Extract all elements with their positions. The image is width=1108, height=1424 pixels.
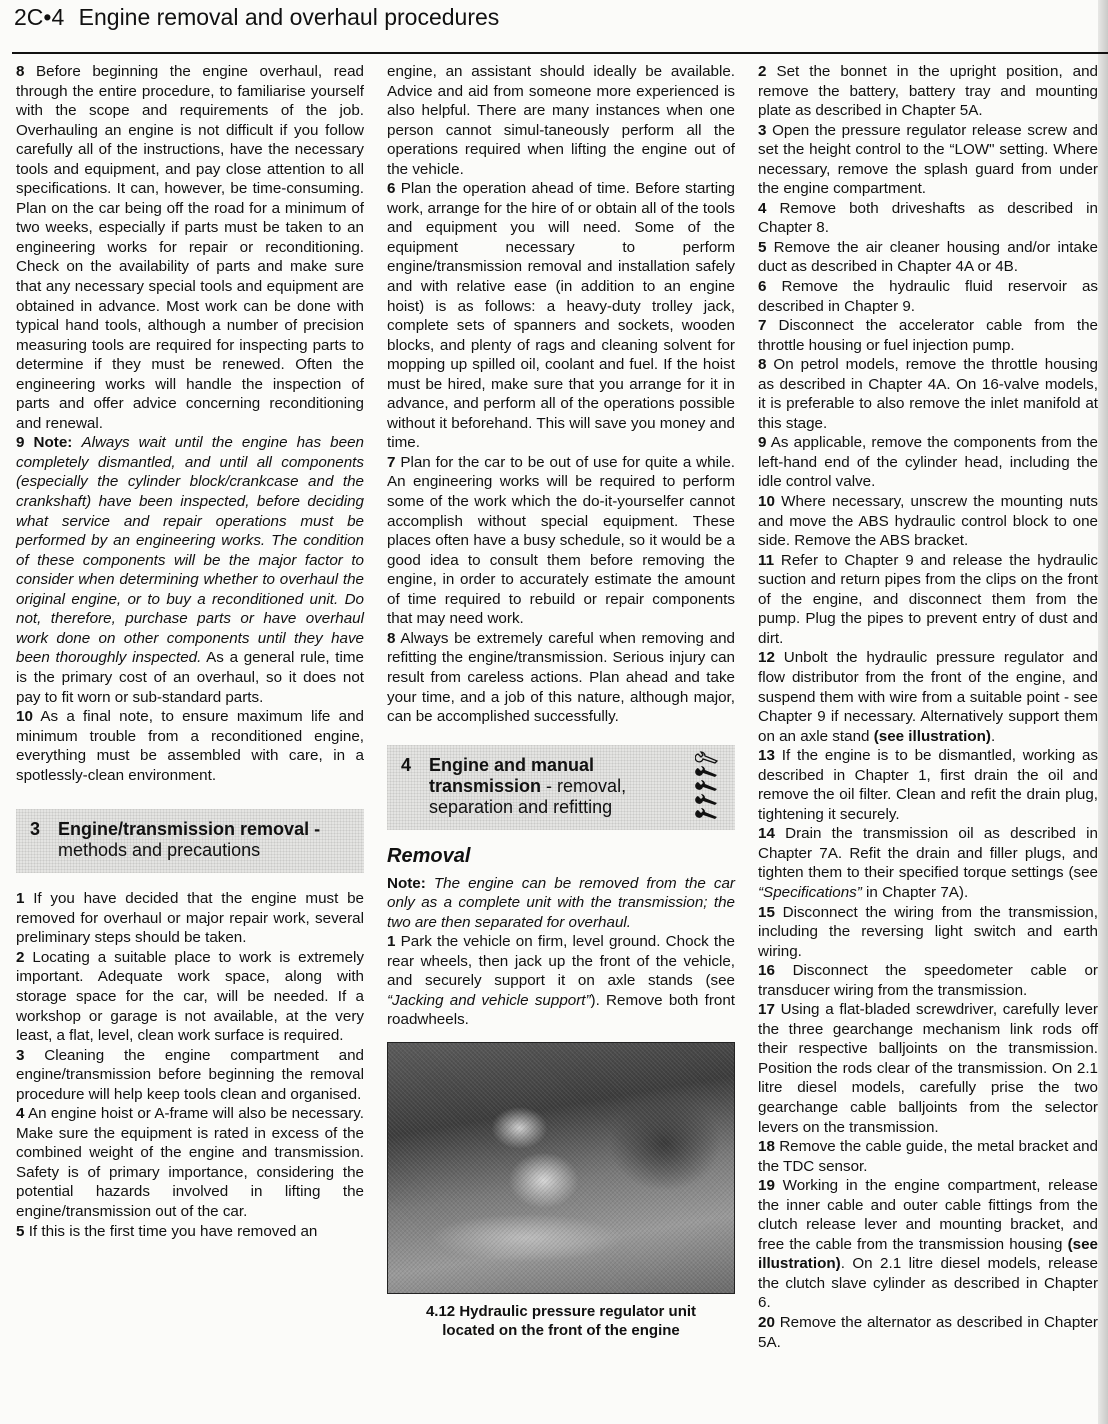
removal-step: 3 Open the pressure regulator release sc… <box>758 121 1098 199</box>
removal-step: 10 Where necessary, unscrew the mounting… <box>758 492 1098 551</box>
paragraph-5-continued: engine, an assistant should ideally be a… <box>387 62 735 179</box>
page-code: 2C•4 <box>14 4 64 30</box>
removal-step: 1 Park the vehicle on firm, level ground… <box>387 932 735 1030</box>
section-3-item: 3 Cleaning the engine compartment and en… <box>16 1046 364 1105</box>
removal-step: 13 If the engine is to be dismantled, wo… <box>758 746 1098 824</box>
section-3-item: 1 If you have decided that the engine mu… <box>16 889 364 948</box>
removal-note: Note: The engine can be removed from the… <box>387 874 735 933</box>
section-3-item: 6 Plan the operation ahead of time. Befo… <box>387 179 735 453</box>
removal-step: 7 Disconnect the accelerator cable from … <box>758 316 1098 355</box>
spanner-icon <box>695 765 721 779</box>
header-rule <box>12 52 1108 54</box>
paragraph-10: 10 As a final note, to ensure maximum li… <box>16 707 364 785</box>
removal-step: 12 Unbolt the hydraulic pressure regulat… <box>758 648 1098 746</box>
page-header: 2C•4 Engine removal and overhaul procedu… <box>14 2 499 42</box>
removal-step: 19 Working in the engine compartment, re… <box>758 1176 1098 1313</box>
spanner-outline-icon <box>695 751 721 765</box>
section-3-item: 2 Locating a suitable place to work is e… <box>16 948 364 1046</box>
removal-step: 2 Set the bonnet in the upright position… <box>758 62 1098 121</box>
column-3: 2 Set the bonnet in the upright position… <box>758 62 1098 1352</box>
paragraph-8: 8 Before beginning the engine overhaul, … <box>16 62 364 433</box>
section-3-item: 7 Plan for the car to be out of use for … <box>387 453 735 629</box>
spanner-icon <box>695 779 721 793</box>
page-edge <box>1098 0 1108 1424</box>
spanner-icon <box>695 793 721 807</box>
difficulty-rating <box>695 751 721 821</box>
removal-step: 6 Remove the hydraulic fluid reservoir a… <box>758 277 1098 316</box>
removal-step: 4 Remove both driveshafts as described i… <box>758 199 1098 238</box>
spanner-icon <box>695 807 721 821</box>
page-title: Engine removal and overhaul procedures <box>79 4 500 30</box>
removal-step: 18 Remove the cable guide, the metal bra… <box>758 1137 1098 1176</box>
section-3-item: 4 An engine hoist or A-frame will also b… <box>16 1104 364 1221</box>
section-title: Engine/transmission removal - <box>58 819 320 840</box>
photo-hydraulic-regulator <box>387 1042 735 1294</box>
removal-step: 11 Refer to Chapter 9 and release the hy… <box>758 551 1098 649</box>
removal-step: 15 Disconnect the wiring from the transm… <box>758 903 1098 962</box>
section-3-item: 5 If this is the first time you have rem… <box>16 1222 364 1242</box>
section-number: 4 <box>401 755 429 776</box>
removal-step: 20 Remove the alternator as described in… <box>758 1313 1098 1352</box>
removal-step: 9 As applicable, remove the components f… <box>758 433 1098 492</box>
section-3-heading: 3 Engine/transmission removal - methods … <box>16 809 364 873</box>
section-4-heading: 4 Engine and manual transmission - remov… <box>387 745 735 830</box>
column-2: engine, an assistant should ideally be a… <box>387 62 735 1340</box>
figure-caption: 4.12 Hydraulic pressure regulator unit l… <box>387 1302 735 1340</box>
removal-step: 8 On petrol models, remove the throttle … <box>758 355 1098 433</box>
illustration-reference: (see illustration) <box>874 728 991 745</box>
removal-step: 16 Disconnect the speedometer cable or t… <box>758 961 1098 1000</box>
figure-4-12: 4.12 Hydraulic pressure regulator unit l… <box>387 1042 735 1340</box>
section-number: 3 <box>30 819 58 840</box>
removal-step: 14 Drain the transmission oil as describ… <box>758 824 1098 902</box>
removal-step: 5 Remove the air cleaner housing and/or … <box>758 238 1098 277</box>
removal-step: 17 Using a flat-bladed screwdriver, care… <box>758 1000 1098 1137</box>
column-1: 8 Before beginning the engine overhaul, … <box>16 62 364 1241</box>
subheading-removal: Removal <box>387 844 735 868</box>
paragraph-9: 9 Note: Always wait until the engine has… <box>16 433 364 707</box>
section-subtitle: methods and precautions <box>58 840 320 861</box>
section-3-item: 8 Always be extremely careful when remov… <box>387 629 735 727</box>
